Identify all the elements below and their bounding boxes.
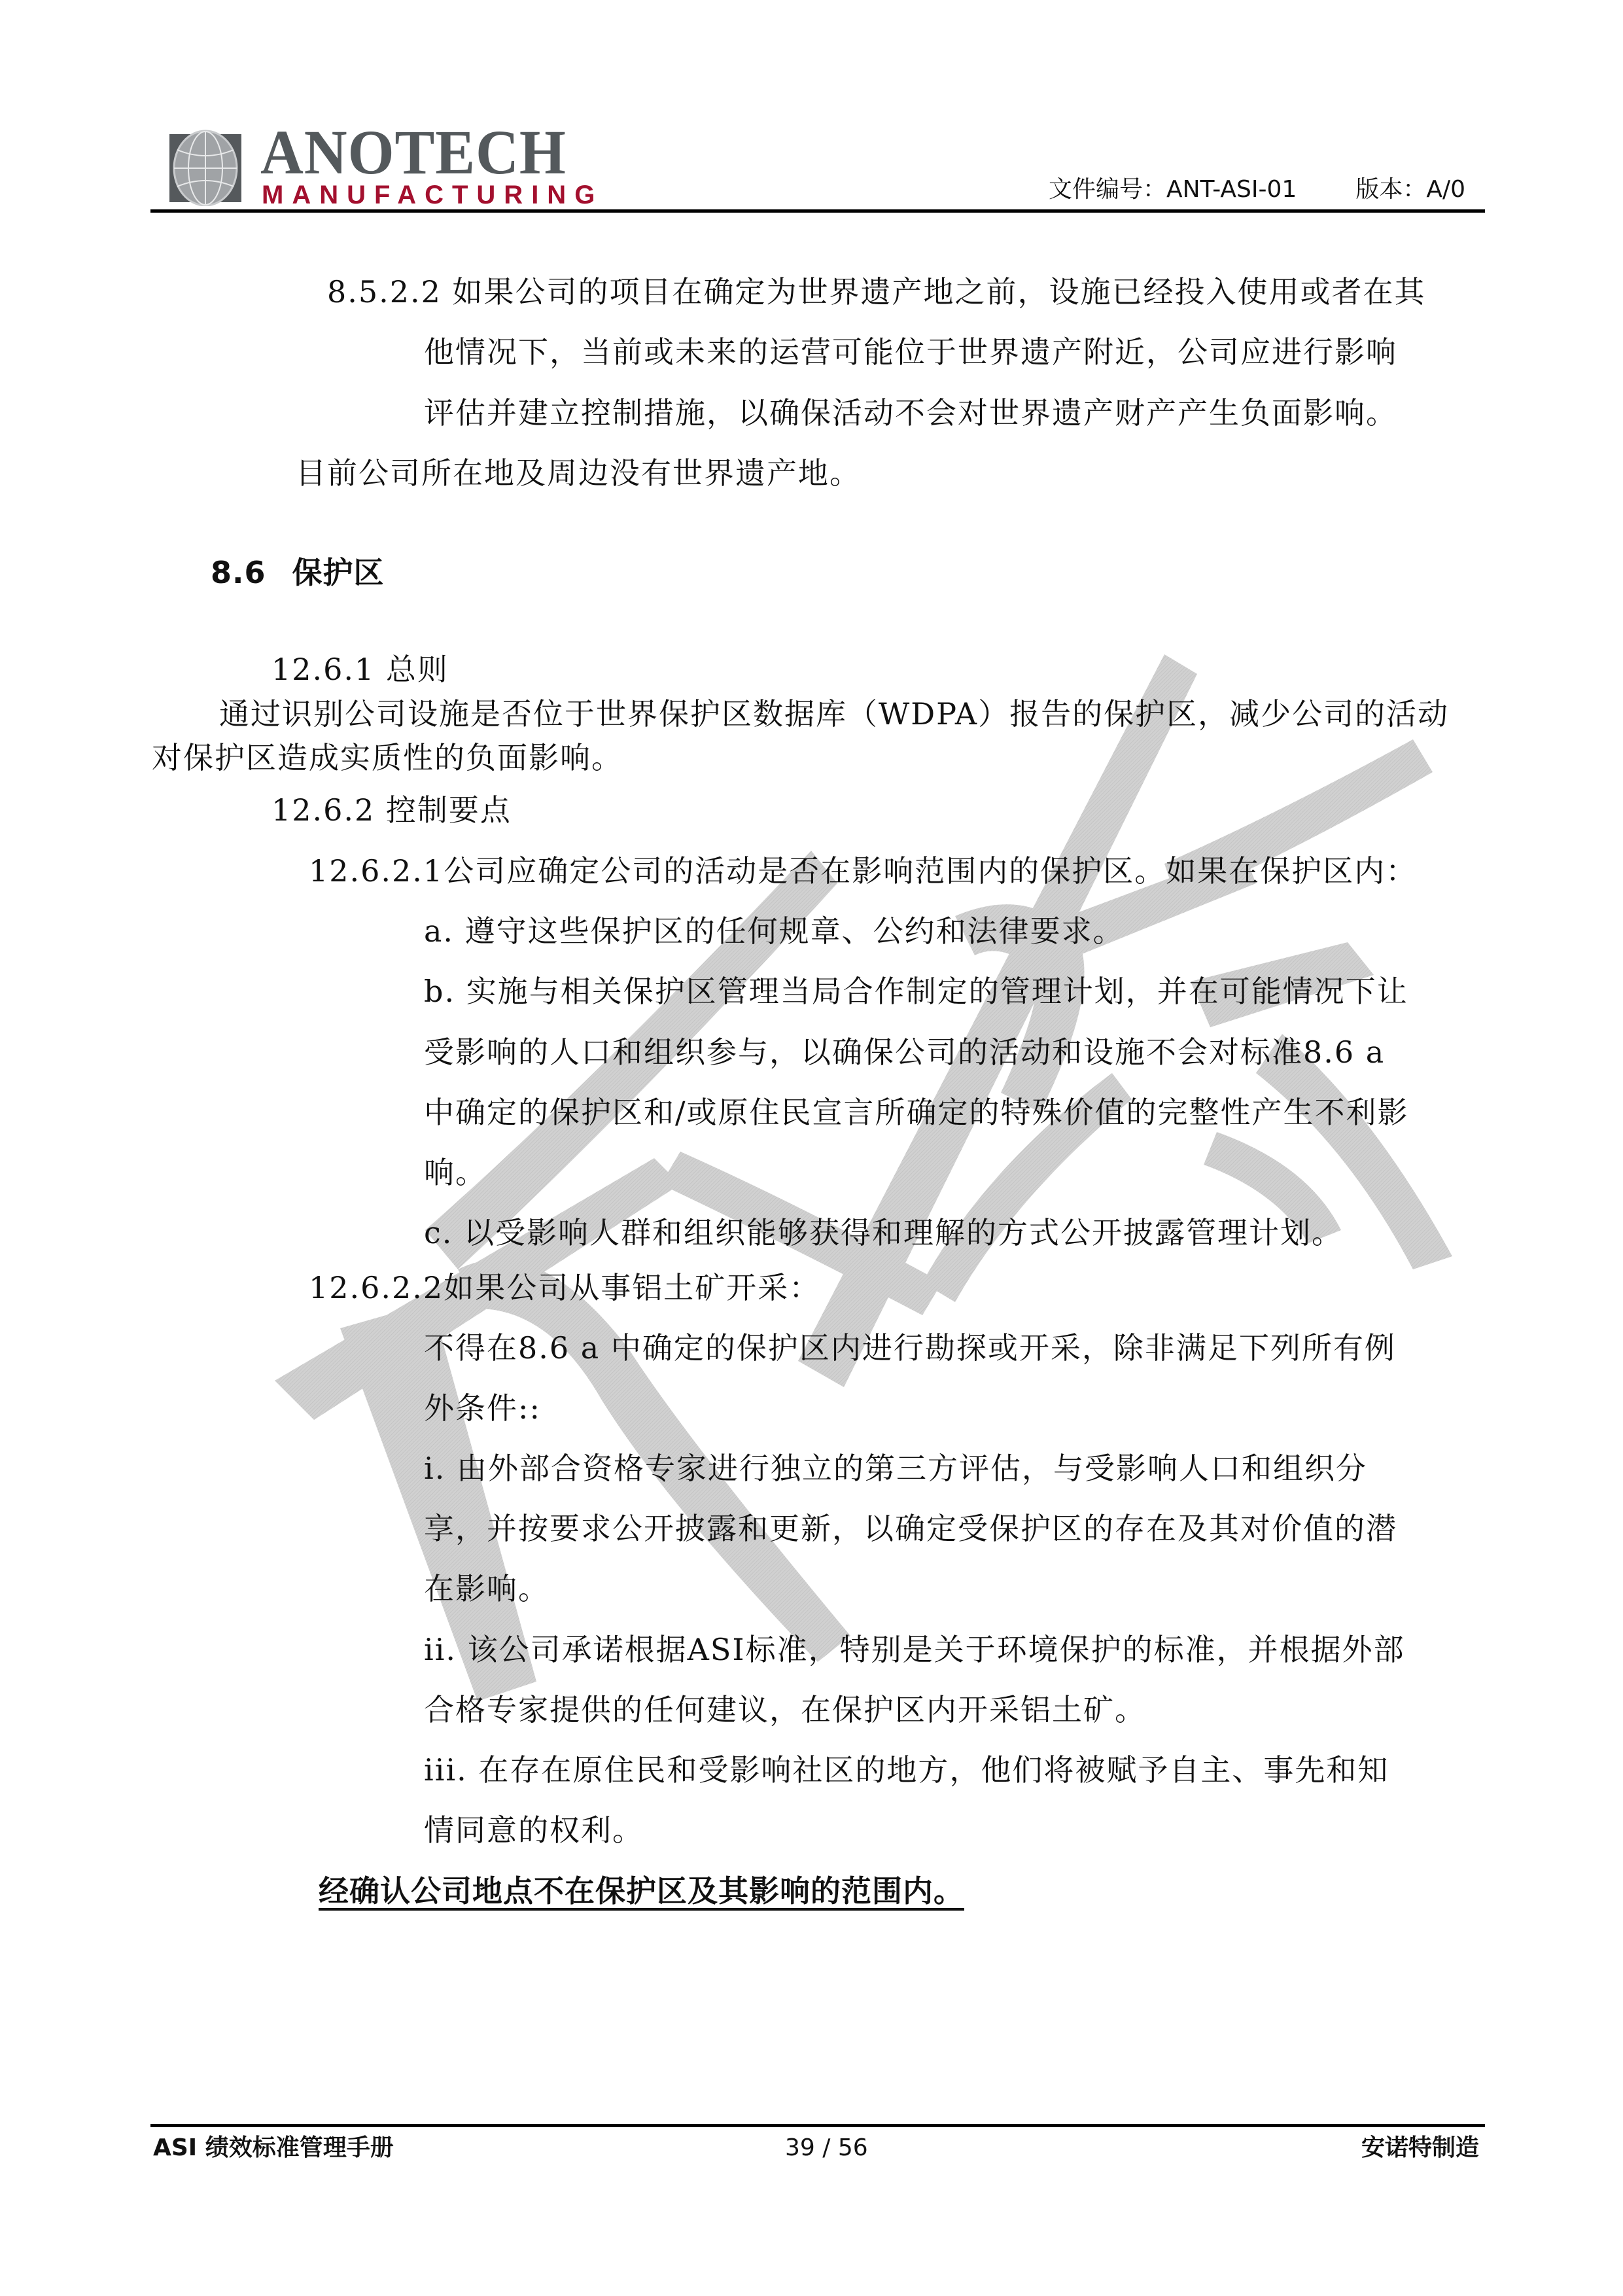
document-body: 8.5.2.2 如果公司的项目在确定为世界遗产地之前，设施已经投入使用或者在其 … (0, 0, 1623, 2296)
section-number: 8.6 (211, 555, 266, 590)
exception-iii-line-1: iii. 在存在原住民和受影响社区的地方，他们将被赋予自主、事先和知 (424, 1752, 1389, 1788)
world-heritage-note: 目前公司所在地及周边没有世界遗产地。 (296, 455, 861, 491)
clause-12-6-2-1-item-b-line-1: b. 实施与相关保护区管理当局合作制定的管理计划，并在可能情况下让 (424, 973, 1408, 1010)
exception-iii-line-2: 情同意的权利。 (424, 1812, 644, 1848)
exception-i-line-2: 享，并按要求公开披露和更新，以确定受保护区的存在及其对价值的潜 (424, 1510, 1397, 1547)
general-paragraph-line-2: 对保护区造成实质性的负面影响。 (152, 739, 623, 776)
clause-8-5-2-2-line-2: 他情况下，当前或未来的运营可能位于世界遗产附近，公司应进行影响 (424, 334, 1397, 370)
clause-12-6-2-2-intro: 12.6.2.2如果公司从事铝土矿开采： (309, 1269, 820, 1306)
subsection-heading-12-6-2: 12.6.2 控制要点 (271, 792, 512, 828)
clause-12-6-2-1-intro: 12.6.2.1公司应确定公司的活动是否在影响范围内的保护区。如果在保护区内： (309, 853, 1417, 889)
clause-12-6-2-1-item-c: c. 以受影响人群和组织能够获得和理解的方式公开披露管理计划。 (424, 1214, 1343, 1251)
exception-ii-line-2: 合格专家提供的任何建议，在保护区内开采铝土矿。 (424, 1691, 1146, 1728)
clause-8-5-2-2-line-1: 8.5.2.2 如果公司的项目在确定为世界遗产地之前，设施已经投入使用或者在其 (327, 274, 1426, 310)
section-heading-8-6: 8.6保护区 (211, 554, 385, 591)
clause-12-6-2-2-line-1: 不得在8.6 a 中确定的保护区内进行勘探或开采，除非满足下列所有例 (424, 1330, 1396, 1366)
section-title: 保护区 (292, 555, 385, 590)
conclusion-statement: 经确认公司地点不在保护区及其影响的范围内。 (319, 1873, 964, 1909)
clause-12-6-2-1-item-b-line-3: 中确定的保护区和/或原住民宣言所确定的特殊价值的完整性产生不利影 (424, 1094, 1409, 1131)
general-paragraph-line-1: 通过识别公司设施是否位于世界保护区数据库（WDPA）报告的保护区，减少公司的活动 (219, 696, 1449, 732)
clause-12-6-2-1-item-a: a. 遵守这些保护区的任何规章、公约和法律要求。 (424, 913, 1125, 949)
exception-i-line-1: i. 由外部合资格专家进行独立的第三方评估，与受影响人口和组织分 (424, 1450, 1367, 1487)
clause-8-5-2-2-line-3: 评估并建立控制措施，以确保活动不会对世界遗产财产产生负面影响。 (424, 395, 1397, 431)
clause-12-6-2-2-line-2: 外条件:: (424, 1390, 541, 1426)
subsection-heading-12-6-1: 12.6.1 总则 (271, 651, 449, 688)
clause-12-6-2-1-item-b-line-4: 响。 (424, 1154, 487, 1191)
clause-12-6-2-1-item-b-line-2: 受影响的人口和组织参与，以确保公司的活动和设施不会对标准8.6 a (424, 1034, 1385, 1070)
exception-ii-line-1: ii. 该公司承诺根据ASI标准，特别是关于环境保护的标准，并根据外部 (424, 1631, 1405, 1668)
exception-i-line-3: 在影响。 (424, 1570, 550, 1607)
